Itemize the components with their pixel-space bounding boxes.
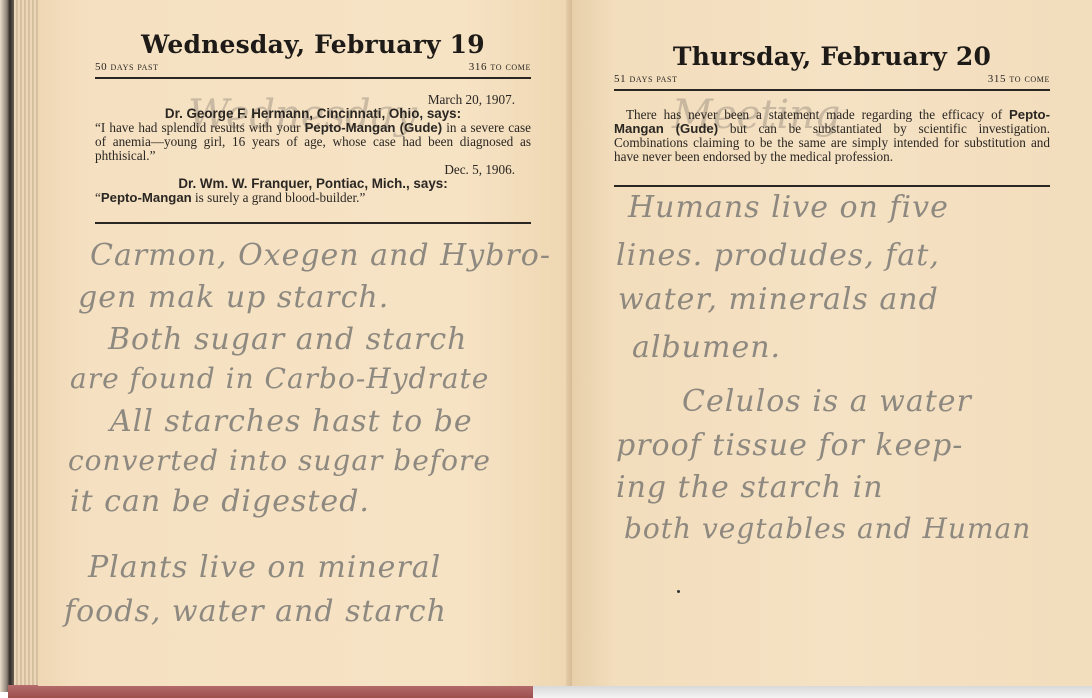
right-days-to-come: 315 to come <box>988 73 1050 85</box>
brand-suffix: (Gude) <box>400 120 443 135</box>
left-ad-bottom-rule <box>95 222 531 224</box>
handwriting-line: lines. produdes, fat, <box>616 238 940 273</box>
quote-text: “I have had splendid results with your <box>95 120 305 135</box>
brand-suffix: (Gude) <box>676 121 719 136</box>
left-day-counts: 50 days past 316 to come <box>95 61 531 73</box>
brand-name: Pepto-Mangan <box>305 120 396 135</box>
handwriting-line: Plants live on mineral <box>88 550 441 585</box>
ad-entry1-quote: “I have had splendid results with your P… <box>95 121 531 163</box>
quote-text: is surely a grand blood-builder.” <box>192 190 366 205</box>
right-page-header: Thursday, February 20 51 days past 315 t… <box>614 42 1050 91</box>
handwriting-line: All starches hast to be <box>110 404 473 439</box>
right-page: Thursday, February 20 51 days past 315 t… <box>572 0 1092 686</box>
ad-entry1-author: Dr. George F. Hermann, Cincinnati, Ohio,… <box>95 107 531 121</box>
red-cover-bottom-edge <box>8 685 533 698</box>
ad-entry2-author: Dr. Wm. W. Franquer, Pontiac, Mich., say… <box>95 177 531 191</box>
left-header-rule <box>95 77 531 79</box>
handwriting-line: both vegtables and Human <box>624 512 1031 545</box>
right-ad-bottom-rule <box>614 185 1050 187</box>
handwriting-line: gen mak up starch. <box>78 280 389 315</box>
handwriting-line: foods, water and starch <box>64 594 447 629</box>
left-days-to-come: 316 to come <box>469 61 531 73</box>
handwriting-line: albumen. <box>632 330 781 365</box>
ad-entry2-date: Dec. 5, 1906. <box>95 163 531 177</box>
handwriting-line: converted into sugar before <box>68 444 491 477</box>
handwriting-line: it can be digested. <box>70 484 370 519</box>
handwriting-line: Both sugar and starch <box>108 322 467 357</box>
right-header-rule <box>614 89 1050 91</box>
right-day-counts: 51 days past 315 to come <box>614 73 1050 85</box>
page-stack-edges <box>14 0 38 692</box>
handwriting-line: are found in Carbo-Hydrate <box>70 362 489 395</box>
left-page: Wednesday, February 19 50 days past 316 … <box>38 0 572 686</box>
brand-name: Pepto-Mangan <box>101 190 192 205</box>
open-diary-book: Wednesday, February 19 50 days past 316 … <box>0 0 1092 698</box>
handwriting-line: water, minerals and <box>618 282 939 317</box>
ad-entry2-quote: “Pepto-Mangan is surely a grand blood-bu… <box>95 191 531 205</box>
left-page-header: Wednesday, February 19 50 days past 316 … <box>95 30 531 79</box>
handwriting-line: proof tissue for keep- <box>616 428 963 463</box>
left-advertisement: March 20, 1907. Dr. George F. Hermann, C… <box>95 93 531 205</box>
ad-entry1-date: March 20, 1907. <box>95 93 531 107</box>
handwriting-line: Humans live on five <box>628 190 949 225</box>
handwriting-line: Carmon, Oxegen and Hybro- <box>90 238 551 273</box>
ad-statement: There has never been a statement made re… <box>614 108 1050 164</box>
ad-text <box>664 121 676 136</box>
handwriting-line: ing the starch in <box>616 470 884 505</box>
pencil-dot-mark <box>677 590 680 593</box>
right-days-past: 51 days past <box>614 73 678 85</box>
book-cover-edge <box>0 0 14 692</box>
handwriting-line: Celulos is a water <box>682 384 972 419</box>
ad-text: There has never been a statement made re… <box>626 107 1009 122</box>
left-days-past: 50 days past <box>95 61 159 73</box>
scan-background-edge <box>533 686 1092 698</box>
right-advertisement: There has never been a statement made re… <box>614 108 1050 164</box>
right-day-title: Thursday, February 20 <box>614 42 1050 71</box>
left-day-title: Wednesday, February 19 <box>95 30 531 59</box>
